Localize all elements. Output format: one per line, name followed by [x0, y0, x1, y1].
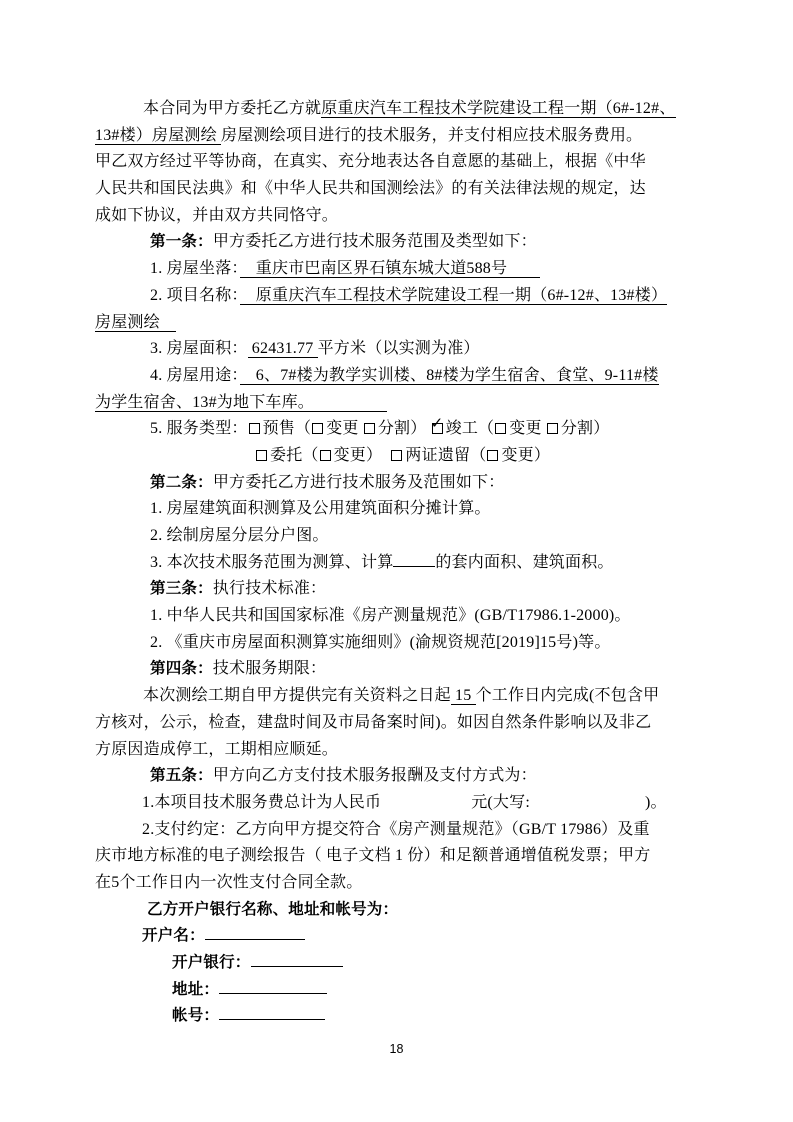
article-3-heading: 第三条： — [150, 580, 213, 597]
text-run: 甲方委托乙方进行技术服务范围及类型如下： — [213, 233, 537, 250]
text-line: 2. 项目名称： 原重庆汽车工程技术学院建设工程一期（6#-12#、13#楼） — [95, 283, 713, 310]
text-line: 第一条：甲方委托乙方进行技术服务范围及类型如下： — [95, 229, 713, 256]
checkbox-two-cert-left-unchecked-icon — [391, 450, 402, 461]
account-name-label: 开户名： — [142, 927, 205, 944]
text-line: 第二条：甲方委托乙方进行技术服务及范围如下： — [95, 470, 713, 497]
calc-scope-blank — [393, 553, 435, 567]
contract-page: 本合同为甲方委托乙方就原重庆汽车工程技术学院建设工程一期（6#-12#、13#楼… — [0, 0, 793, 1122]
text-run: 房屋测绘项目进行的技术服务，并支付相应技术服务费用。 — [221, 127, 642, 144]
text-line: 房屋测绘 — [95, 310, 713, 337]
text-line: 开户名： — [95, 923, 713, 950]
text-run: 1. 房屋建筑面积测算及公用建筑面积分摊计算。 — [150, 500, 491, 517]
text-run: 1.本项目技术服务费总计为人民币 — [142, 794, 381, 811]
account-number-blank — [219, 1006, 325, 1020]
checkbox-completion-checked-icon: ✓ — [432, 423, 443, 434]
text-line: 地址： — [95, 977, 713, 1004]
text-line: 在5个工作日内一次性支付合同全款。 — [95, 870, 713, 897]
text-line: 为学生宿舍、13#为地下车库。 — [95, 390, 713, 417]
fee-amount-blank — [381, 806, 471, 807]
text-line: 帐号： — [95, 1003, 713, 1030]
page-number: 18 — [0, 1042, 793, 1056]
text-run: 的套内面积、建筑面积。 — [435, 554, 613, 571]
text-line: 庆市地方标准的电子测绘报告（ 电子文档 1 份）和足额普通增值税发票；甲方 — [95, 843, 713, 870]
checkbox-entrust-unchecked-icon — [256, 450, 267, 461]
text-line: 13#楼）房屋测绘 房屋测绘项目进行的技术服务，并支付相应技术服务费用。 — [95, 123, 713, 150]
checkbox-presale-change-unchecked-icon — [312, 423, 323, 434]
text-run: 变更 — [509, 420, 546, 437]
bank-address-label: 地址： — [172, 981, 219, 998]
text-run: 个工作日内完成(不包含甲 — [476, 687, 660, 704]
text-run: 方核对，公示，检查，建盘时间及市局备案时间)。如因自然条件影响以及非乙 — [95, 714, 651, 731]
text-line: 3. 房屋面积： 62431.77 平方米（以实测为准） — [95, 336, 713, 363]
text-line: 甲乙双方经过平等协商，在真实、充分地表达各自意愿的基础上，根据《中华 — [95, 149, 713, 176]
text-run: 3. 房屋面积： — [150, 340, 248, 357]
text-run: 3. 本次技术服务范围为测算、计算 — [150, 554, 393, 571]
text-line: 乙方开户银行名称、地址和帐号为： — [95, 897, 713, 924]
text-line: 方核对，公示，检查，建盘时间及市局备案时间)。如因自然条件影响以及非乙 — [95, 710, 713, 737]
account-name-blank — [205, 926, 305, 940]
project-name-underlined-cont: 13#楼）房屋测绘 — [95, 127, 221, 145]
article-2: 第二条：甲方委托乙方进行技术服务及范围如下：1. 房屋建筑面积测算及公用建筑面积… — [95, 470, 713, 577]
text-run: 技术服务期限： — [213, 660, 326, 677]
article-1-heading: 第一条： — [150, 233, 213, 250]
text-line: 第三条：执行技术标准： — [95, 576, 713, 603]
text-run: 变更） — [501, 447, 550, 464]
text-run: 甲方向乙方支付技术服务报酬及支付方式为： — [213, 767, 537, 784]
text-line: 本次测绘工期自甲方提供完有关资料之日起 15 个工作日内完成(不包含甲 — [95, 683, 713, 710]
text-run: 甲方委托乙方进行技术服务及范围如下： — [213, 474, 505, 491]
text-run: 委托（ — [270, 447, 319, 464]
text-run: 元(大写: — [471, 794, 530, 811]
house-usage-value: 6、7#楼为教学实训楼、8#楼为学生宿舍、食堂、9-11#楼 — [240, 367, 659, 385]
intro-paragraph: 本合同为甲方委托乙方就原重庆汽车工程技术学院建设工程一期（6#-12#、13#楼… — [95, 96, 713, 229]
text-run: 本合同为甲方委托乙方就 — [143, 100, 321, 117]
bank-name-blank — [251, 953, 343, 967]
text-line: 2. 《重庆市房屋面积测算实施细则》(渝规资规范[2019]15号)等。 — [95, 630, 713, 657]
article-4: 第四条：技术服务期限：本次测绘工期自甲方提供完有关资料之日起 15 个工作日内完… — [95, 656, 713, 763]
text-run: 5. 服务类型： — [150, 420, 248, 437]
text-line: 本合同为甲方委托乙方就原重庆汽车工程技术学院建设工程一期（6#-12#、 — [95, 96, 713, 123]
text-line: 方原因造成停工，工期相应顺延。 — [95, 737, 713, 764]
text-run: 两证遗留（ — [405, 447, 486, 464]
text-run: 2. 项目名称： — [150, 287, 240, 304]
text-run: )。 — [645, 794, 667, 811]
text-line: 1. 房屋坐落： 重庆市巴南区界石镇东城大道588号 — [95, 256, 713, 283]
fee-amount-words-blank — [530, 806, 645, 807]
text-run: 方原因造成停工，工期相应顺延。 — [95, 741, 338, 758]
text-run: 庆市地方标准的电子测绘报告（ 电子文档 1 份）和足额普通增值税发票；甲方 — [95, 847, 650, 864]
house-area-value: 62431.77 — [248, 340, 318, 358]
text-line: 第四条：技术服务期限： — [95, 656, 713, 683]
text-line: 成如下协议，并由双方共同恪守。 — [95, 203, 713, 230]
text-run: 1. 中华人民共和国国家标准《房产测量规范》(GB/T17986.1-2000)… — [150, 607, 631, 624]
checkbox-entrust-change-unchecked-icon — [320, 450, 331, 461]
article-1: 第一条：甲方委托乙方进行技术服务范围及类型如下：1. 房屋坐落： 重庆市巴南区界… — [95, 229, 713, 469]
text-run: 2.支付约定：乙方向甲方提交符合《房产测量规范》（GB/T 17986）及重 — [142, 821, 650, 838]
text-line: 人民共和国民法典》和《中华人民共和国测绘法》的有关法律法规的规定，达 — [95, 176, 713, 203]
text-line: 1.本项目技术服务费总计为人民币元(大写:)。 — [95, 790, 713, 817]
bank-address-blank — [219, 980, 327, 994]
text-line: 3. 本次技术服务范围为测算、计算的套内面积、建筑面积。 — [95, 550, 713, 577]
text-run: 甲乙双方经过平等协商，在真实、充分地表达各自意愿的基础上，根据《中华 — [95, 153, 646, 170]
text-line: 4. 房屋用途： 6、7#楼为教学实训楼、8#楼为学生宿舍、食堂、9-11#楼 — [95, 363, 713, 390]
checkbox-presale-split-unchecked-icon — [364, 423, 375, 434]
text-run: 预售（ — [263, 420, 312, 437]
house-location-value: 重庆市巴南区界石镇东城大道588号 — [240, 260, 540, 278]
working-days-value: 15 — [451, 687, 476, 705]
text-line: 委托（变更） 两证遗留（变更） — [95, 443, 713, 470]
project-name-value: 原重庆汽车工程技术学院建设工程一期（6#-12#、13#楼） — [240, 287, 668, 305]
project-name-underlined: 原重庆汽车工程技术学院建设工程一期（6#-12#、 — [321, 100, 675, 118]
text-run: 变更 — [326, 420, 363, 437]
text-line: 2. 绘制房屋分层分户图。 — [95, 523, 713, 550]
text-line: 5. 服务类型：预售（变更 分割） ✓竣工（变更 分割） — [95, 416, 713, 443]
house-usage-value-cont: 为学生宿舍、13#为地下车库。 — [95, 394, 387, 412]
text-run: 变更） — [334, 447, 391, 464]
article-2-heading: 第二条： — [150, 474, 213, 491]
text-run: 分割） — [561, 420, 610, 437]
contract-body: 本合同为甲方委托乙方就原重庆汽车工程技术学院建设工程一期（6#-12#、13#楼… — [95, 96, 713, 1030]
text-line: 开户银行： — [95, 950, 713, 977]
text-line: 1. 中华人民共和国国家标准《房产测量规范》(GB/T17986.1-2000)… — [95, 603, 713, 630]
text-line: 1. 房屋建筑面积测算及公用建筑面积分摊计算。 — [95, 496, 713, 523]
text-run: 在5个工作日内一次性支付合同全款。 — [95, 874, 362, 891]
checkbox-two-cert-change-unchecked-icon — [487, 450, 498, 461]
article-5: 第五条：甲方向乙方支付技术服务报酬及支付方式为：1.本项目技术服务费总计为人民币… — [95, 763, 713, 896]
text-run: 执行技术标准： — [213, 580, 326, 597]
article-3: 第三条：执行技术标准：1. 中华人民共和国国家标准《房产测量规范》(GB/T17… — [95, 576, 713, 656]
text-run: 竣工（ — [446, 420, 495, 437]
bank-section-heading: 乙方开户银行名称、地址和帐号为： — [147, 901, 398, 918]
text-run: 2. 《重庆市房屋面积测算实施细则》(渝规资规范[2019]15号)等。 — [150, 634, 611, 651]
checkbox-completion-change-unchecked-icon — [495, 423, 506, 434]
text-run: 人民共和国民法典》和《中华人民共和国测绘法》的有关法律法规的规定，达 — [95, 180, 646, 197]
project-name-value-cont: 房屋测绘 — [95, 314, 176, 332]
text-run: 分割） — [378, 420, 431, 437]
text-line: 2.支付约定：乙方向甲方提交符合《房产测量规范》（GB/T 17986）及重 — [95, 817, 713, 844]
text-run: 1. 房屋坐落： — [150, 260, 240, 277]
bank-name-label: 开户银行： — [172, 954, 251, 971]
checkbox-presale-unchecked-icon — [249, 423, 260, 434]
account-number-label: 帐号： — [172, 1007, 219, 1024]
bank-info: 乙方开户银行名称、地址和帐号为：开户名：开户银行：地址：帐号： — [95, 897, 713, 1030]
text-run: 4. 房屋用途： — [150, 367, 240, 384]
article-5-heading: 第五条： — [150, 767, 213, 784]
text-run: 成如下协议，并由双方共同恪守。 — [95, 207, 338, 224]
text-line: 第五条：甲方向乙方支付技术服务报酬及支付方式为： — [95, 763, 713, 790]
checkbox-completion-split-unchecked-icon — [547, 423, 558, 434]
check-mark-icon: ✓ — [431, 416, 444, 431]
article-4-heading: 第四条： — [150, 660, 213, 677]
text-run: 本次测绘工期自甲方提供完有关资料之日起 — [143, 687, 451, 704]
text-run: 2. 绘制房屋分层分户图。 — [150, 527, 329, 544]
text-run: 平方米（以实测为准） — [318, 340, 480, 357]
